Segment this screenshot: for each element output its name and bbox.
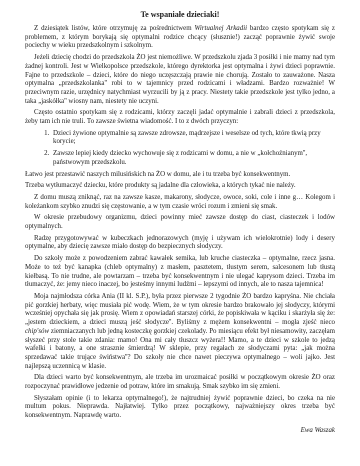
document-title: Te wspaniałe dzieciaki! [25,10,335,20]
paragraph-opinion: Słyszałam opinie (i to lekarza optymalne… [25,395,335,421]
paragraph-parents: Często ostatnio spotykam się z rodzicami… [25,109,335,126]
list-item: Dzieci żywione optymalnie są zawsze zdro… [51,130,335,147]
paragraph-ania: Moja najmłodsza córka Ania (II kl. S.P.)… [25,293,335,371]
reasons-list: Dzieci żywione optymalnie są zawsze zdro… [25,130,335,168]
list-item: Zawsze lepiej kiedy dziecko wychowuje si… [51,150,335,167]
paragraph-desserts: Radzę przygotowywać w kubeczkach jednora… [25,235,335,252]
paragraph-explain: Trzeba wytłumaczyć dziecku, które produk… [25,182,335,191]
paragraph-home: Łatwo jest przestawić naszych milusiński… [25,171,335,180]
paragraph-kindergarten: Jeżeli dziecię chodzi do przedszkola ŻO … [25,54,335,106]
paragraph-intro: Z dziesiątek listów, które otrzymuję za … [25,25,335,51]
paragraph-rebuild: W okresie przebudowy organizmu, dzieci p… [25,214,335,231]
publication-name: Wirtualnej Arkadii [194,25,247,32]
document-page: Te wspaniałe dzieciaki! Z dziesiątek lis… [25,10,335,439]
paragraph-school: Do szkoły może z powodzeniem zabrać kawa… [25,255,335,290]
paragraph-consistency: Dla dzieci warto być konsekwentnym, ale … [25,374,335,391]
author-signature: Ewa Waszak [25,427,335,436]
paragraph-remove-foods: Z domu muszą zniknąć, raz na zawsze kasz… [25,194,335,211]
